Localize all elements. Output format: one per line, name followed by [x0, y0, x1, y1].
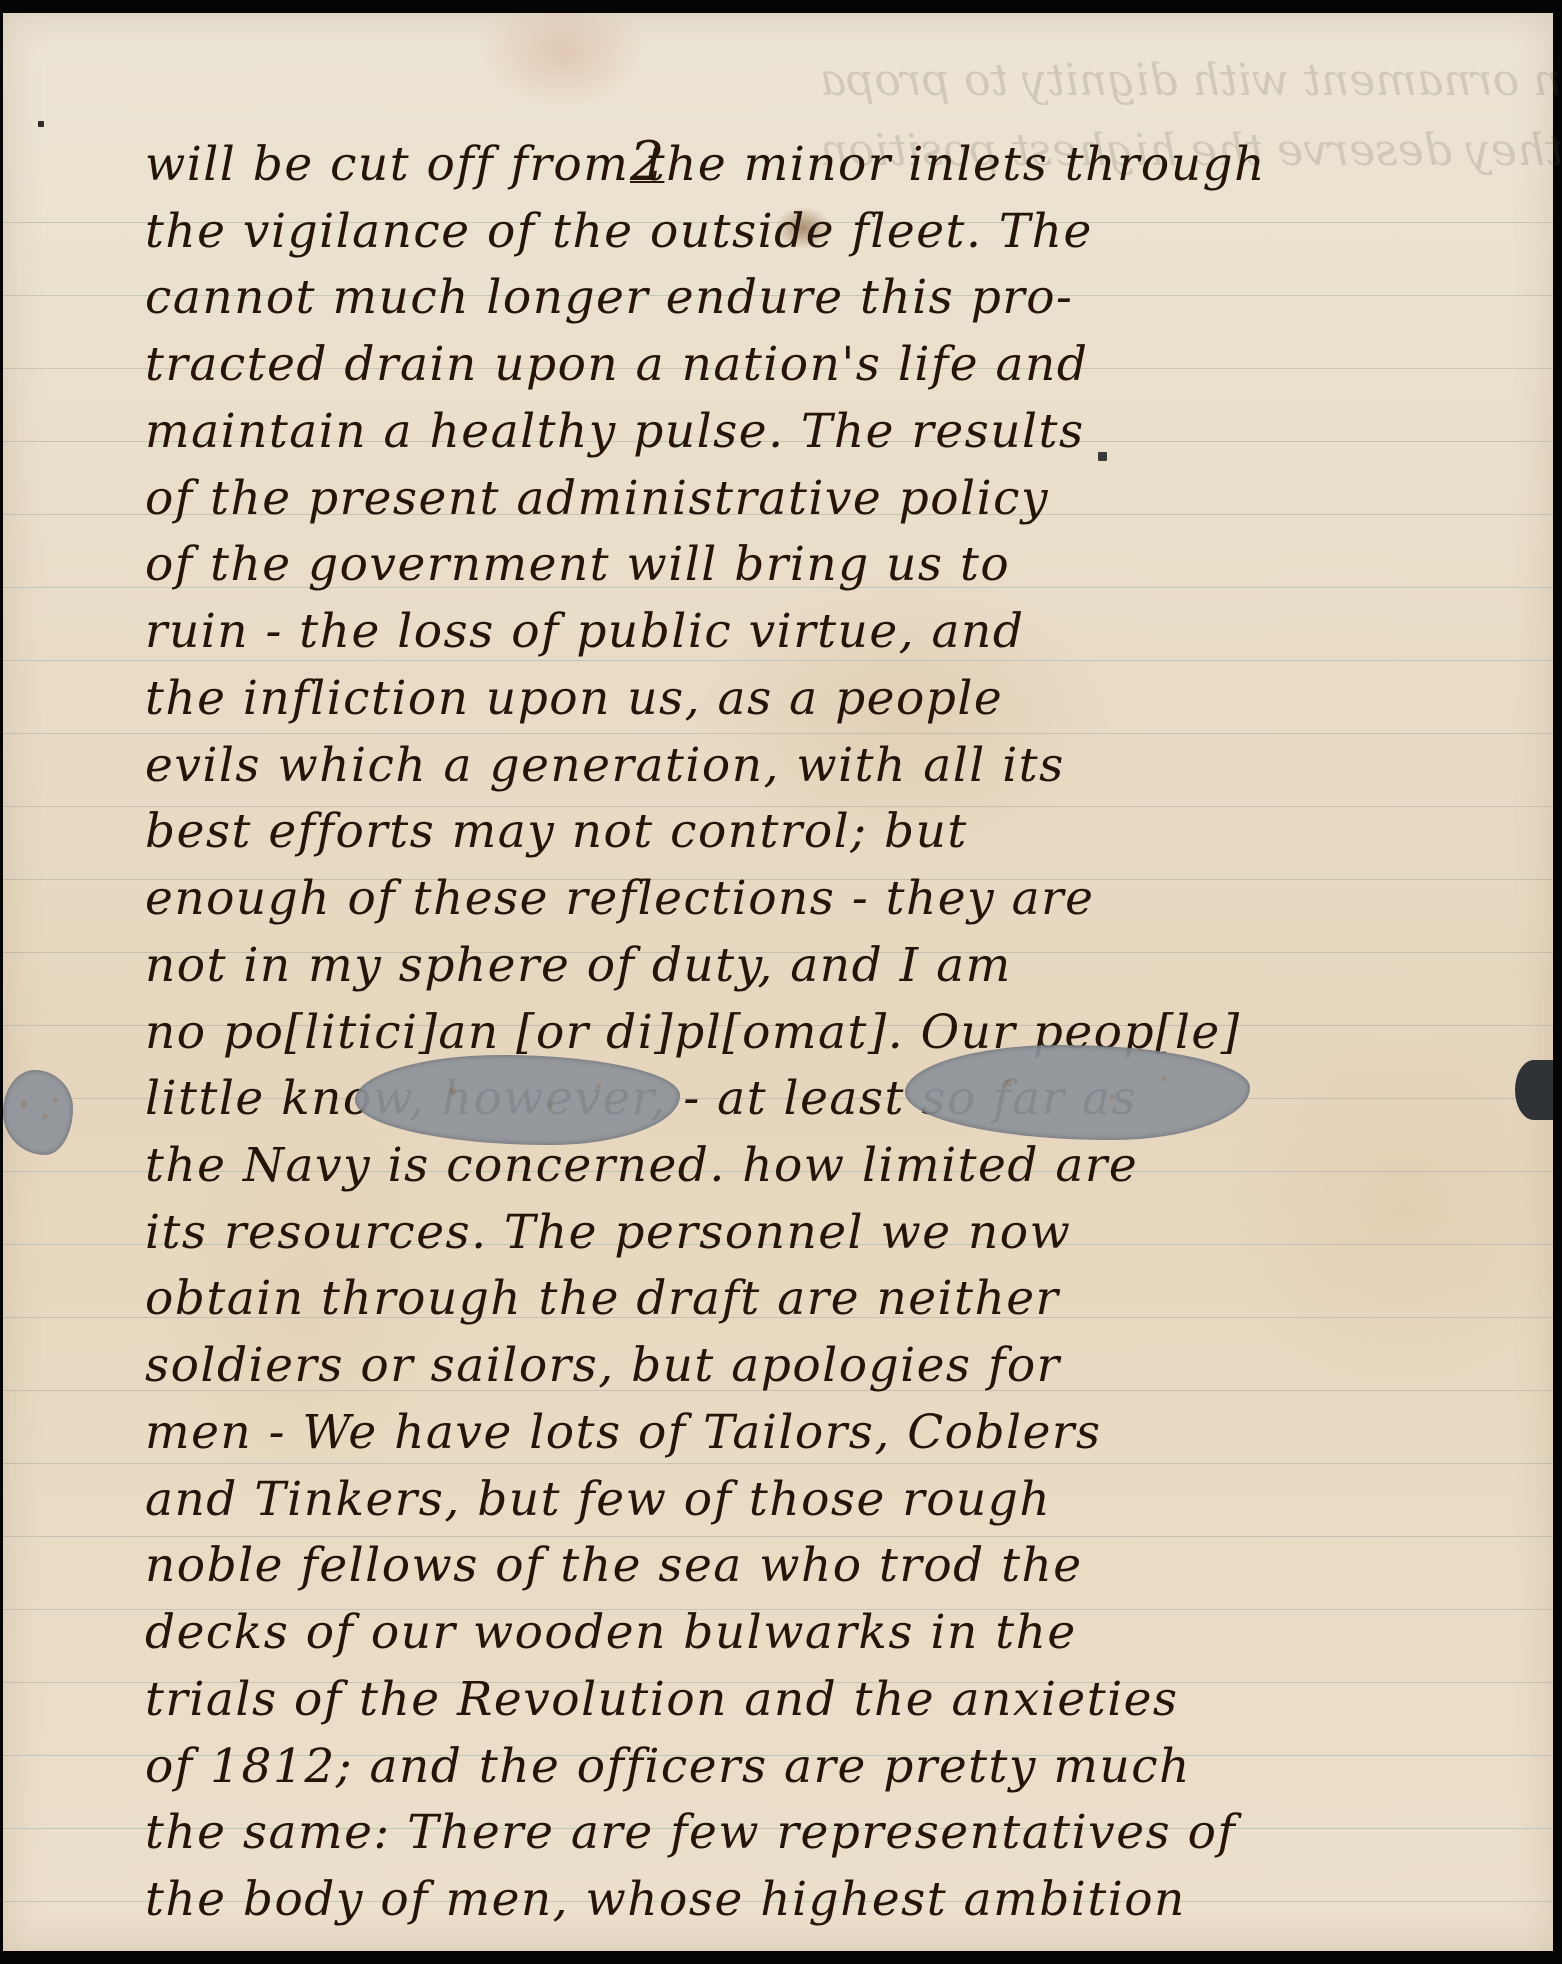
text-line: obtain through the draft are neither [145, 1269, 1545, 1329]
text-line: its resources. The personnel we now [145, 1203, 1545, 1263]
ruled-line [3, 1463, 1553, 1464]
text-line: trials of the Revolution and the anxieti… [145, 1670, 1545, 1730]
text-line: maintain a healthy pulse. The results [145, 402, 1545, 462]
text-line: tracted drain upon a nation's life and [145, 335, 1545, 395]
text-line: the vigilance of the outside fleet. The [145, 202, 1545, 262]
text-line: noble fellows of the sea who trod the [145, 1536, 1545, 1596]
ink-speck [38, 121, 44, 127]
text-line: the same: There are few representatives … [145, 1803, 1545, 1863]
text-line: of the government will bring us to [145, 535, 1545, 595]
text-line: cannot much longer endure this pro- [145, 268, 1545, 328]
text-line: enough of these reflections - they are [145, 869, 1545, 929]
text-line: no po[litici]an [or di]pl[omat]. Our peo… [145, 1003, 1545, 1063]
ruled-line [3, 733, 1553, 734]
text-line: the Navy is concerned. how limited are [145, 1136, 1545, 1196]
paper-tear-edge [1515, 1060, 1553, 1120]
bleed-through-text: was to be an ornament with dignity to pr… [820, 55, 1562, 106]
text-line: ruin - the loss of public virtue, and [145, 602, 1545, 662]
text-line: not in my sphere of duty, and I am [145, 936, 1545, 996]
text-line: of the present administrative policy [145, 469, 1545, 529]
text-line: decks of our wooden bulwarks in the [145, 1603, 1545, 1663]
text-line: the body of men, whose highest ambition [145, 1870, 1545, 1930]
text-line: and Tinkers, but few of those rough [145, 1470, 1545, 1530]
text-line: best efforts may not control; but [145, 802, 1545, 862]
text-line: of 1812; and the officers are pretty muc… [145, 1737, 1545, 1797]
text-line: the infliction upon us, as a people [145, 669, 1545, 729]
text-line: soldiers or sailors, but apologies for [145, 1336, 1545, 1396]
text-line: evils which a generation, with all its [145, 736, 1545, 796]
text-line: men - We have lots of Tailors, Coblers [145, 1403, 1545, 1463]
text-line: will be cut off from the minor inlets th… [145, 135, 1545, 195]
